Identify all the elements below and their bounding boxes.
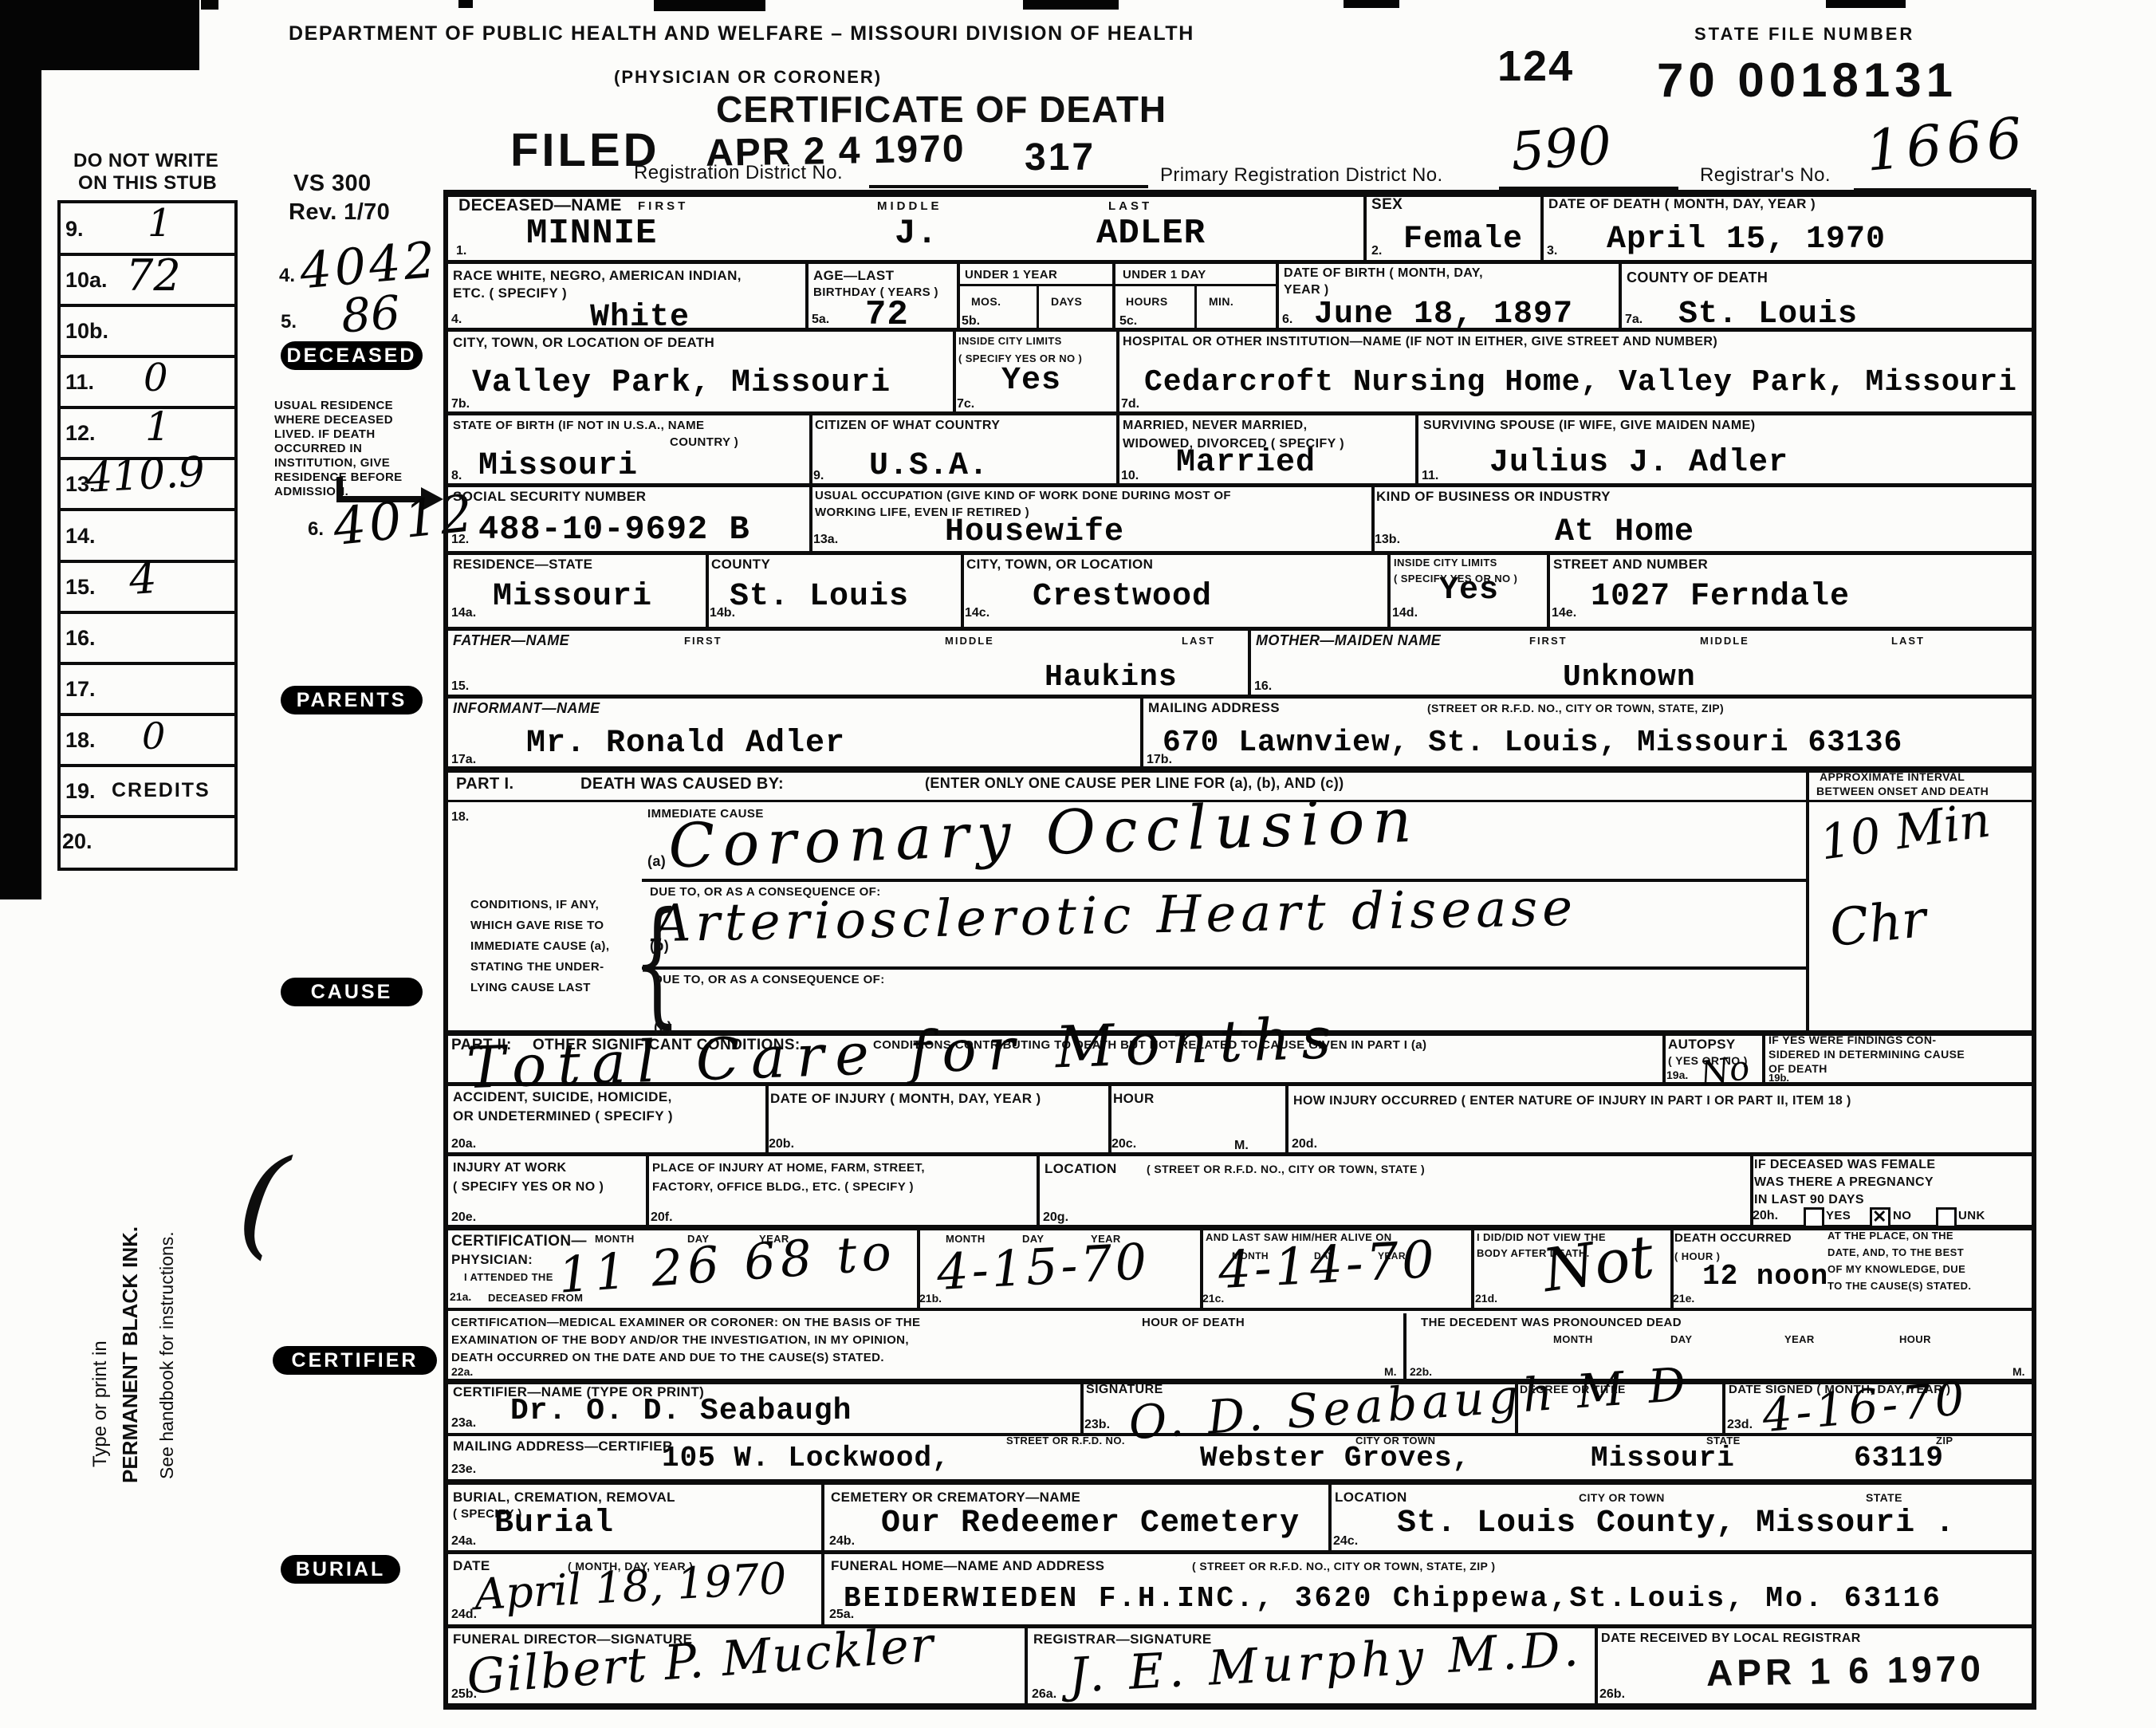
injury-hour-number: 20c. — [1111, 1137, 1136, 1151]
pregnancy-label-line: IN LAST 90 DAYS — [1754, 1193, 1864, 1207]
injury-hour-label: HOUR — [1113, 1091, 1155, 1107]
pregnancy-unk-checkbox — [1936, 1207, 1957, 1228]
filed-district-stamp: 317 — [1025, 136, 1096, 179]
city-or-town-label: CITY OR TOWN — [1355, 1435, 1435, 1447]
spouse-value: Julius J. Adler — [1489, 445, 1788, 481]
grid-line — [706, 555, 709, 628]
funeral-director-signature: Gilbert P. Muckler — [465, 1617, 936, 1706]
grid-line — [1116, 332, 1119, 413]
stub-row-value: 1 — [148, 201, 172, 246]
me-certification-line: EXAMINATION OF THE BODY AND/OR THE INVES… — [451, 1333, 909, 1347]
grid-line — [1403, 1313, 1407, 1380]
grid-line — [869, 185, 1148, 188]
grid-line — [234, 200, 238, 871]
grid-line — [443, 411, 2035, 415]
death-certificate-scan: DEPARTMENT OF PUBLIC HEALTH AND WELFARE … — [0, 0, 2156, 1728]
name-middle-value: J. — [895, 214, 938, 254]
grid-line — [1547, 555, 1550, 628]
father-number: 15. — [451, 679, 469, 694]
state-of-birth-number: 8. — [451, 469, 462, 483]
industry-number: 13b. — [1375, 533, 1400, 547]
age-number: 5a. — [812, 313, 829, 327]
burial-section-label: BURIAL — [281, 1555, 400, 1584]
residence-street-label: STREET AND NUMBER — [1553, 557, 1708, 573]
residence-limits-label: INSIDE CITY LIMITS — [1394, 557, 1497, 569]
marital-label: MARRIED, NEVER MARRIED, — [1123, 419, 1307, 433]
grid-line — [1112, 264, 1115, 329]
pronounced-year-label: YEAR — [1784, 1333, 1815, 1345]
injury-at-work-label: ( SPECIFY YES OR NO ) — [453, 1180, 604, 1195]
me-certification-line: DEATH OCCURRED ON THE DATE AND DUE TO TH… — [451, 1351, 884, 1364]
spouse-number: 11. — [1422, 469, 1438, 483]
grid-line — [642, 879, 1808, 882]
death-occurred-label: DEATH OCCURRED — [1674, 1231, 1792, 1245]
grid-line — [1595, 1628, 1598, 1705]
hospital-number: 7d. — [1121, 397, 1139, 411]
name-first-value: MINNIE — [526, 214, 657, 254]
autopsy-value: No — [1698, 1048, 1752, 1093]
grid-line — [1387, 555, 1391, 628]
film-tick — [654, 0, 765, 11]
under-year-months-label: MOS. — [971, 295, 1001, 308]
grid-line — [57, 200, 61, 871]
industry-value: At Home — [1555, 514, 1694, 550]
hospital-value: Cedarcroft Nursing Home, Valley Park, Mi… — [1144, 365, 2017, 400]
vertical-instruction: See handbook for instructions. — [156, 1231, 178, 1479]
informant-number: 17a. — [451, 753, 476, 767]
parents-section-label: PARENTS — [281, 686, 423, 714]
dob-label: DATE OF BIRTH ( MONTH, DAY, — [1284, 266, 1483, 281]
stub-row-number: 10a. — [65, 268, 108, 293]
grid-line — [646, 1156, 649, 1226]
name-last-label: LAST — [1108, 199, 1152, 213]
burial-date-value: April 18, 1970 — [474, 1553, 788, 1620]
grid-line — [1471, 1230, 1474, 1309]
stub-credits-label: CREDITS — [112, 779, 210, 802]
grid-line — [1662, 1034, 1666, 1084]
film-tick — [458, 0, 473, 8]
pregnancy-number: 20h. — [1753, 1209, 1778, 1223]
deceased-section-label: DECEASED — [281, 341, 423, 370]
grid-line — [57, 815, 238, 818]
pregnancy-no-label: NO — [1893, 1209, 1911, 1222]
stub-row-value: 72 — [126, 250, 181, 301]
stub-row-value: 0 — [144, 356, 168, 400]
date-of-death-value: April 15, 1970 — [1607, 222, 1886, 258]
sex-number: 2. — [1371, 244, 1382, 258]
stub-row-number: 18. — [65, 728, 96, 753]
pronounced-dead-label: THE DECEDENT WAS PRONOUNCED DEAD — [1421, 1316, 1682, 1329]
cause-a-interval: 10 Min — [1816, 792, 1993, 871]
cert21e-number: 21e. — [1673, 1292, 1694, 1305]
stub-row-number: 17. — [65, 677, 96, 702]
how-injury-label: HOW INJURY OCCURRED ( ENTER NATURE OF IN… — [1293, 1094, 1851, 1108]
funeral-home-value: BEIDERWIEDEN F.H.INC., 3620 Chippewa,St.… — [844, 1582, 1942, 1615]
industry-label: KIND OF BUSINESS OR INDUSTRY — [1376, 489, 1611, 505]
interval-header: APPROXIMATE INTERVAL — [1820, 770, 1965, 783]
grid-line — [443, 766, 2035, 773]
place-of-injury-number: 20f. — [651, 1210, 673, 1225]
burial-type-value: Burial — [494, 1506, 614, 1541]
pregnancy-label-line: IF DECEASED WAS FEMALE — [1754, 1158, 1935, 1172]
part1-label: PART I. — [456, 775, 513, 793]
mailing-zip-value: 63119 — [1854, 1442, 1944, 1474]
grid-line — [1248, 631, 1251, 696]
injury-location-label: LOCATION — [1045, 1161, 1117, 1177]
conditions-note-line: CONDITIONS, IF ANY, — [470, 898, 599, 911]
mailing-city-value: Webster Groves, — [1200, 1442, 1470, 1474]
grid-line — [443, 260, 2035, 264]
cemetery-number: 24b. — [829, 1534, 855, 1549]
film-edge-left — [0, 0, 41, 899]
citizen-label: CITIZEN OF WHAT COUNTRY — [815, 419, 1000, 433]
film-tick — [1826, 0, 1906, 8]
form-revision: Rev. 1/70 — [289, 199, 390, 226]
name-last-value: ADLER — [1096, 214, 1206, 254]
stub-row-number: 19. — [65, 779, 96, 804]
city-of-death-value: Valley Park, Missouri — [472, 365, 891, 401]
registrar-number: 26a. — [1032, 1687, 1056, 1702]
race-number: 4. — [451, 313, 462, 327]
residence-note-line: USUAL RESIDENCE — [274, 399, 393, 412]
cert21e-value: 12 noon — [1702, 1260, 1828, 1293]
grid-line — [1540, 194, 1544, 262]
findings-number: 19b. — [1768, 1072, 1789, 1084]
accident-label: ACCIDENT, SUICIDE, HOMICIDE, — [453, 1089, 672, 1105]
burial-location-state-label: STATE — [1866, 1491, 1902, 1504]
grid-line — [57, 868, 238, 871]
date-signed-number: 23d. — [1727, 1418, 1753, 1432]
mailing-certifier-number: 23e. — [451, 1462, 476, 1477]
grid-line — [1328, 1485, 1332, 1552]
burial-location-label: LOCATION — [1335, 1490, 1407, 1506]
race-value: White — [590, 300, 690, 336]
mother-middle-label: MIDDLE — [1700, 635, 1749, 647]
residence-city-label: CITY, TOWN, OR LOCATION — [966, 557, 1153, 573]
under-day-label: UNDER 1 DAY — [1123, 268, 1206, 281]
inside-limits-value: Yes — [1001, 363, 1061, 399]
primary-district-value: 590 — [1509, 115, 1613, 183]
grid-line — [809, 415, 812, 485]
attended-label: I ATTENDED THE — [464, 1271, 553, 1283]
dob-number: 6. — [1282, 313, 1292, 327]
date-of-death-label: DATE OF DEATH ( MONTH, DAY, YEAR ) — [1548, 196, 1816, 212]
grid-line — [805, 264, 808, 329]
mailing-state-value: Missouri — [1591, 1442, 1735, 1474]
cause-section-label: CAUSE — [281, 978, 423, 1006]
injury-location-number: 20g. — [1043, 1210, 1068, 1225]
grid-line — [1080, 1384, 1084, 1435]
grid-line — [1194, 286, 1197, 329]
stub-row-number: 11. — [65, 370, 94, 395]
cause-a-label: (a) — [647, 853, 666, 870]
stub-title: ON THIS STUB — [78, 172, 217, 195]
city-of-death-label: CITY, TOWN, OR LOCATION OF DEATH — [453, 335, 714, 351]
race-label: ETC. ( SPECIFY ) — [453, 285, 567, 301]
certificate-title: CERTIFICATE OF DEATH — [716, 88, 1167, 131]
how-injury-number: 20d. — [1292, 1137, 1317, 1151]
stub-row-number: 16. — [65, 626, 96, 651]
pregnancy-no-checkbox — [1870, 1207, 1890, 1228]
grid-line — [57, 611, 238, 614]
date-of-death-number: 3. — [1547, 244, 1557, 258]
grid-line — [1276, 264, 1279, 329]
pronounced-meridiem: M. — [2012, 1365, 2025, 1378]
pronounced-month-label: MONTH — [1553, 1333, 1593, 1345]
vertical-instruction: Type or print in — [89, 1340, 112, 1467]
grid-line — [57, 304, 238, 307]
state-of-birth-label: STATE OF BIRTH (IF NOT IN U.S.A., NAME — [453, 419, 704, 432]
father-first-label: FIRST — [684, 635, 722, 647]
mailing-certifier-label: MAILING ADDRESS—CERTIFIER — [453, 1439, 673, 1454]
grid-line — [1762, 1034, 1765, 1084]
cert22a-number: 22a. — [451, 1365, 473, 1378]
cert21d-number: 21d. — [1475, 1292, 1497, 1305]
under-day-number: 5c. — [1119, 314, 1137, 329]
informant-address-sublabel: (STREET OR R.F.D. NO., CITY OR TOWN, STA… — [1427, 702, 1724, 714]
film-tick — [1344, 0, 1399, 8]
conditions-note-line: LYING CAUSE LAST — [470, 981, 591, 994]
film-edge-corner — [0, 0, 199, 70]
grid-line — [443, 1479, 2035, 1485]
name-middle-label: MIDDLE — [877, 199, 942, 213]
grid-line — [1363, 194, 1367, 262]
under-day-hours-label: HOURS — [1126, 295, 1168, 308]
street-rfd-label: STREET OR R.F.D. NO. — [1006, 1435, 1125, 1447]
informant-value: Mr. Ronald Adler — [526, 726, 845, 762]
informant-address-label: MAILING ADDRESS — [1148, 700, 1280, 716]
grid-line — [443, 1703, 2035, 1710]
hour-of-death-meridiem: M. — [1384, 1365, 1397, 1378]
findings-label-line: IF YES WERE FINDINGS CON- — [1768, 1033, 1936, 1046]
father-value: Haukins — [1045, 660, 1178, 695]
vertical-instruction: PERMANENT BLACK INK. — [118, 1226, 143, 1483]
father-label: FATHER—NAME — [453, 632, 569, 649]
county-of-death-value: St. Louis — [1678, 297, 1858, 333]
conditions-note-line: STATING THE UNDER- — [470, 960, 604, 974]
residence-street-number: 14e. — [1552, 606, 1576, 620]
cert21c-value: 4-14-70 — [1217, 1230, 1438, 1301]
father-middle-label: MIDDLE — [945, 635, 994, 647]
film-tick — [201, 0, 218, 10]
attestation-note-line: OF MY KNOWLEDGE, DUE — [1827, 1263, 1965, 1275]
residence-limits-value: Yes — [1439, 573, 1499, 608]
marital-number: 10. — [1121, 469, 1139, 483]
age-value: 72 — [865, 295, 909, 335]
zip-label: ZIP — [1936, 1435, 1953, 1447]
cause-b-interval: Chr — [1827, 890, 1929, 958]
mother-first-label: FIRST — [1529, 635, 1568, 647]
grid-line — [2032, 190, 2036, 1710]
date-received-label: DATE RECEIVED BY LOCAL REGISTRAR — [1601, 1632, 1861, 1646]
mailing-street-value: 105 W. Lockwood, — [662, 1442, 950, 1474]
code5-number: 5. — [281, 311, 297, 333]
cemetery-value: Our Redeemer Cemetery — [881, 1506, 1300, 1541]
residence-county-value: St. Louis — [730, 579, 909, 615]
injury-at-work-label: INJURY AT WORK — [453, 1161, 567, 1175]
residence-limits-number: 14d. — [1392, 606, 1418, 620]
registrar-no-value: 1666 — [1863, 104, 2030, 183]
under-year-number: 5b. — [962, 314, 980, 329]
burial-type-number: 24a. — [451, 1534, 476, 1549]
hospital-label: HOSPITAL OR OTHER INSTITUTION—NAME (IF N… — [1123, 335, 1717, 349]
state-label: STATE — [1706, 1435, 1741, 1447]
grid-line — [953, 332, 956, 413]
grid-line — [57, 508, 238, 511]
mother-last-label: LAST — [1891, 635, 1925, 647]
physician-coroner-line: (PHYSICIAN OR CORONER) — [614, 67, 882, 88]
certifier-section-label: CERTIFIER — [273, 1346, 437, 1375]
grid-line — [1037, 286, 1039, 329]
grid-line — [443, 551, 2035, 555]
signature-number: 23b. — [1084, 1418, 1110, 1432]
attestation-note-line: DATE, AND, TO THE BEST — [1827, 1246, 1964, 1258]
occupation-label: USUAL OCCUPATION (GIVE KIND OF WORK DONE… — [815, 489, 1231, 502]
under-year-label: UNDER 1 YEAR — [965, 268, 1057, 281]
dob-label: YEAR ) — [1284, 283, 1329, 297]
burial-location-value: St. Louis County, Missouri . — [1397, 1506, 1955, 1541]
stub-title: DO NOT WRITE — [73, 150, 218, 172]
county-of-death-label: COUNTY OF DEATH — [1627, 270, 1768, 286]
grid-line — [1619, 264, 1622, 329]
stub-row-number: 14. — [65, 524, 96, 549]
form-number: VS 300 — [293, 171, 372, 197]
burial-location-city-label: CITY OR TOWN — [1579, 1491, 1665, 1504]
residence-city-number: 14c. — [965, 606, 989, 620]
injury-date-number: 20b. — [769, 1137, 794, 1151]
mother-label: MOTHER—MAIDEN NAME — [1256, 632, 1441, 649]
injury-location-sublabel: ( STREET OR R.F.D. NO., CITY OR TOWN, ST… — [1147, 1163, 1425, 1175]
grid-line — [443, 627, 2035, 631]
spouse-label: SURVIVING SPOUSE (IF WIFE, GIVE MAIDEN N… — [1423, 419, 1755, 433]
grid-line — [821, 1485, 824, 1552]
occupation-value: Housewife — [945, 514, 1124, 550]
residence-street-value: 1027 Ferndale — [1591, 579, 1850, 615]
conditions-note-line: IMMEDIATE CAUSE (a), — [470, 939, 609, 953]
informant-address-value: 670 Lawnview, St. Louis, Missouri 63136 — [1163, 726, 1902, 760]
residence-note-line: LIVED. IF DEATH — [274, 427, 376, 441]
pregnancy-yes-checkbox — [1804, 1207, 1824, 1228]
cause-a-value: Coronary Occlusion — [667, 785, 1421, 882]
place-of-injury-label: FACTORY, OFFICE BLDG., ETC. ( SPECIFY ) — [652, 1180, 914, 1194]
accident-number: 20a. — [451, 1137, 476, 1151]
cert21b-value: 4-15-70 — [935, 1232, 1151, 1301]
grid-line — [443, 190, 448, 1710]
name-first-label: FIRST — [638, 199, 688, 213]
attestation-note-line: AT THE PLACE, ON THE — [1827, 1230, 1953, 1242]
marital-value: Married — [1176, 445, 1316, 481]
race-label: RACE WHITE, NEGRO, AMERICAN INDIAN, — [453, 268, 742, 284]
grid-line — [821, 1554, 824, 1626]
conditions-brace: { — [633, 884, 680, 1041]
grid-line — [443, 1550, 2035, 1554]
inside-limits-number: 7c. — [957, 397, 974, 411]
grid-line — [1025, 1628, 1028, 1705]
attestation-note-line: TO THE CAUSE(S) STATED. — [1827, 1280, 1971, 1292]
stub-row-value: 4 — [128, 553, 159, 604]
due-to-label: DUE TO, OR AS A CONSEQUENCE OF: — [654, 973, 885, 986]
burial-location-number: 24c. — [1333, 1534, 1358, 1549]
findings-label-line: SIDERED IN DETERMINING CAUSE — [1768, 1048, 1965, 1061]
registration-district-label: Registration District No. — [634, 162, 843, 184]
stub-row-number: 10b. — [65, 319, 108, 344]
grid-line — [1285, 1086, 1288, 1154]
grid-line — [957, 264, 960, 329]
sex-value: Female — [1403, 222, 1523, 258]
stub-row-value: 0 — [142, 714, 165, 758]
certification-subtitle: PHYSICIAN: — [451, 1252, 533, 1268]
sex-label: SEX — [1371, 196, 1403, 214]
cemetery-label: CEMETERY OR CREMATORY—NAME — [831, 1490, 1080, 1506]
stub-row-number: 9. — [65, 217, 84, 242]
primary-district-label: Primary Registration District No. — [1160, 164, 1443, 187]
injury-hour-meridiem: M. — [1234, 1139, 1249, 1153]
occupation-number: 13a. — [813, 533, 838, 547]
residence-note-line: OCCURRED IN — [274, 442, 362, 455]
page-number: 124 — [1497, 41, 1574, 91]
stub-row-value: 410.9 — [85, 448, 207, 502]
ssn-value: 488-10-9692 B — [478, 510, 750, 549]
pronounced-hour-label: HOUR — [1899, 1333, 1931, 1345]
cert21a-number: 21a. — [450, 1290, 471, 1303]
residence-city-value: Crestwood — [1033, 579, 1212, 615]
grid-line — [443, 483, 2035, 487]
burial-date-number: 24d. — [451, 1608, 477, 1622]
code6-number: 6. — [308, 518, 324, 541]
burial-type-label: BURIAL, CREMATION, REMOVAL — [453, 1490, 675, 1506]
grid-line — [809, 487, 812, 553]
grid-line — [443, 1624, 2035, 1628]
name-label: DECEASED—NAME — [458, 196, 622, 215]
under-year-days-label: DAYS — [1051, 295, 1082, 308]
pregnancy-unk-label: UNK — [1958, 1209, 1985, 1222]
pen-mark — [232, 1130, 293, 1273]
degree-title-label: DEGREE OR TITLE — [1520, 1383, 1626, 1395]
residence-county-label: COUNTY — [711, 557, 770, 573]
stub-row-number: 12. — [65, 421, 96, 446]
ssn-label: SOCIAL SECURITY NUMBER — [453, 489, 646, 505]
grid-line — [642, 966, 1808, 970]
county-of-death-number: 7a. — [1625, 313, 1643, 327]
pregnancy-yes-label: YES — [1826, 1209, 1851, 1222]
funeral-home-label: FUNERAL HOME—NAME AND ADDRESS — [831, 1558, 1104, 1574]
ssn-number: 12. — [451, 533, 469, 547]
stub-row-value: 1 — [145, 403, 171, 450]
injury-at-work-number: 20e. — [451, 1210, 476, 1225]
grid-line — [57, 764, 238, 767]
grid-line — [1415, 415, 1418, 485]
cert21d-value: Not — [1539, 1222, 1658, 1306]
place-of-injury-label: PLACE OF INJURY AT HOME, FARM, STREET, — [652, 1161, 925, 1175]
stub-row-number: 15. — [65, 575, 96, 600]
stub-row-number: 20. — [62, 829, 92, 854]
residence-state-value: Missouri — [493, 579, 652, 615]
code5-value: 86 — [340, 285, 402, 344]
date-received-stamp: APR 1 6 1970 — [1706, 1647, 1985, 1695]
under-day-min-label: MIN. — [1209, 295, 1233, 308]
grid-line — [443, 1308, 2035, 1311]
state-file-number: 70 0018131 — [1657, 53, 1957, 108]
grid-line — [1722, 1384, 1725, 1435]
citizen-number: 9. — [813, 469, 824, 483]
state-of-birth-label: COUNTRY ) — [670, 435, 738, 449]
informant-label: INFORMANT—NAME — [453, 700, 600, 717]
inside-limits-label: INSIDE CITY LIMITS — [958, 335, 1062, 347]
autopsy-number: 19a. — [1666, 1069, 1688, 1081]
conditions-note-line: WHICH GAVE RISE TO — [470, 919, 604, 932]
mother-value: Unknown — [1563, 660, 1696, 695]
accident-label: OR UNDETERMINED ( SPECIFY ) — [453, 1108, 673, 1124]
